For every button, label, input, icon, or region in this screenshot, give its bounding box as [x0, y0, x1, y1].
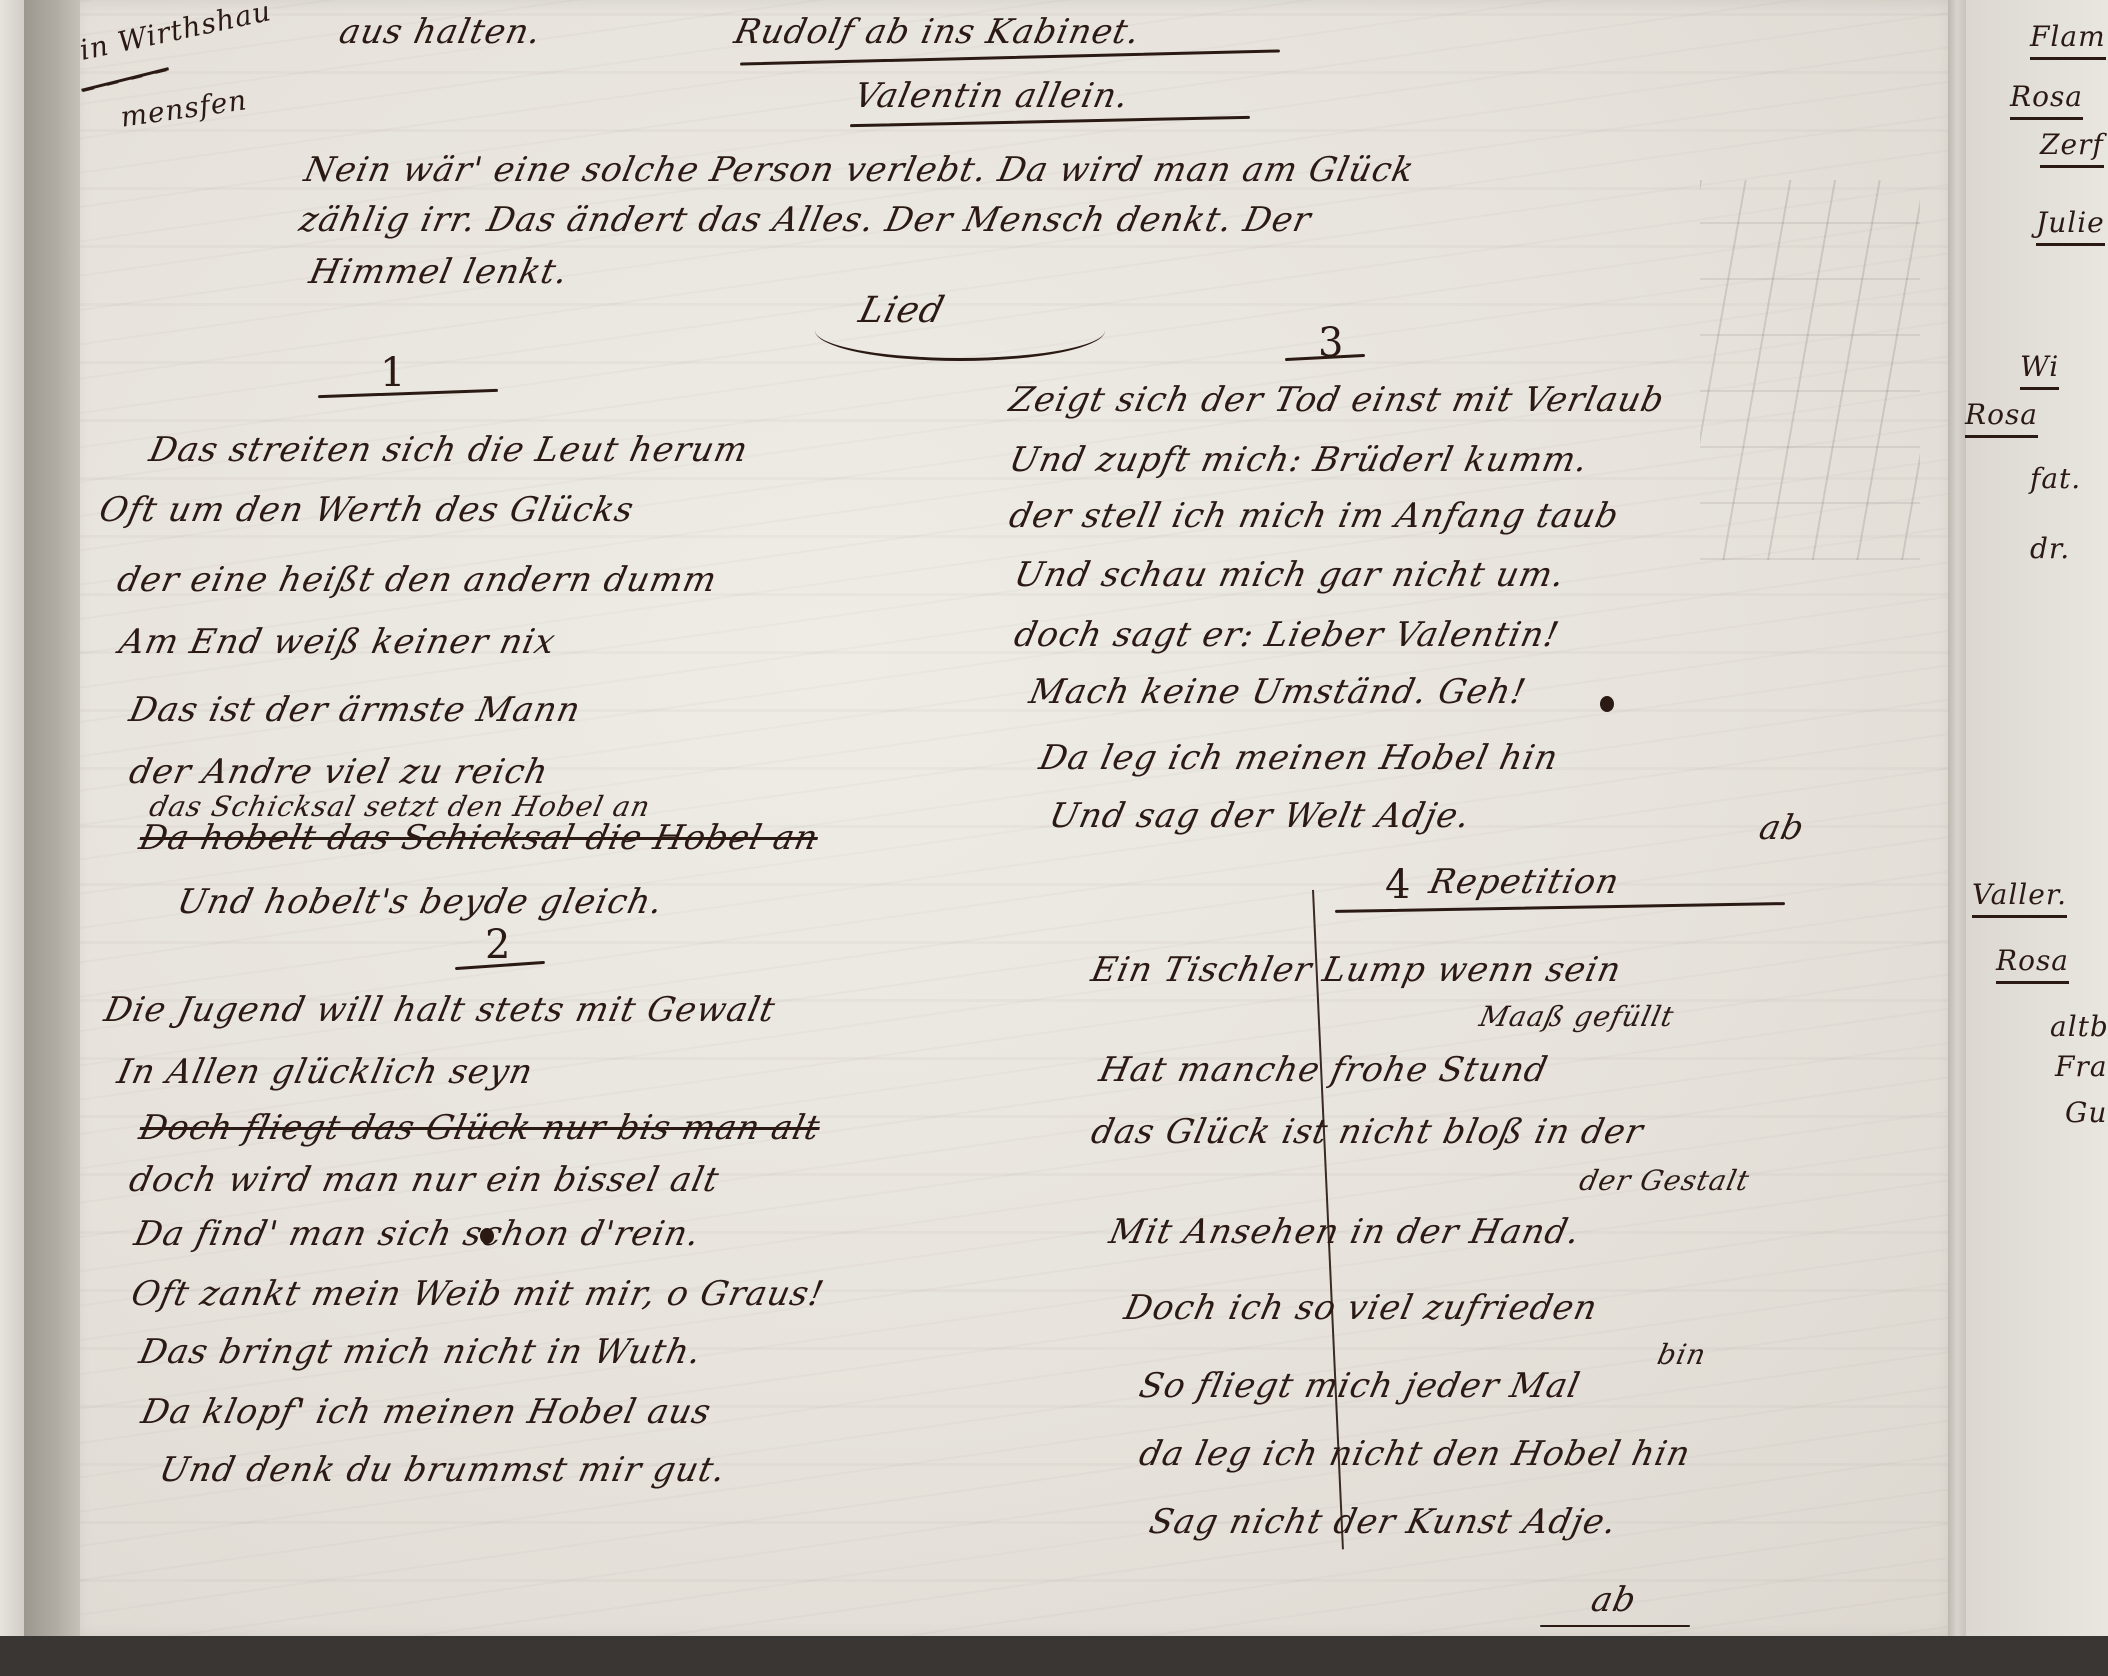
facing-name: Gu — [2065, 1096, 2107, 1129]
facing-name: Julie — [2036, 206, 2105, 246]
facing-name: Wi — [2020, 350, 2059, 390]
stanza-line: Mit Ansehen in der Hand. — [1106, 1212, 1584, 1252]
prose-line: Nein wär' eine solche Person verlebt. Da… — [301, 150, 1418, 190]
ink-blot — [480, 1228, 494, 1244]
speaker-name: Valentin allein. — [851, 76, 1133, 116]
facing-page — [1966, 0, 2108, 1640]
exit-mark: ab — [1756, 808, 1809, 848]
stanza-line: Und denk du brummst mir gut. — [156, 1450, 730, 1490]
stanza-line: Sag nicht der Kunst Adje. — [1146, 1502, 1621, 1542]
stanza-line: Hat manche frohe Stund — [1096, 1050, 1552, 1090]
stanza-line: Am End weiß keiner nix — [116, 622, 560, 662]
closing-rule — [1540, 1625, 1690, 1627]
book-gutter — [1948, 0, 1966, 1676]
exit-mark: ab — [1588, 1580, 1641, 1620]
stanza-line-struck: Da hobelt das Schicksal die Hobel an — [136, 818, 822, 858]
stanza-line-insertion: der Gestalt — [1576, 1164, 1752, 1197]
stanza-line: Oft zankt mein Weib mit mir, o Graus! — [128, 1274, 828, 1314]
stanza-line: Und zupft mich: Brüderl kumm. — [1006, 440, 1592, 480]
stanza-line: das Glück ist nicht bloß in der — [1088, 1112, 1648, 1152]
stanza-number: 2 — [485, 922, 511, 968]
stanza-title: Repetition — [1426, 862, 1624, 902]
stanza-line: In Allen glücklich seyn — [114, 1052, 537, 1092]
facing-name: Rosa — [1996, 944, 2069, 984]
stanza-line: Das bringt mich nicht in Wuth. — [136, 1332, 706, 1372]
stanza-line: doch wird man nur ein bissel alt — [126, 1160, 723, 1200]
facing-name: dr. — [2030, 532, 2070, 565]
stanza-line: Da find' man sich schon d'rein. — [131, 1214, 704, 1254]
stanza-line: Oft um den Werth des Glücks — [96, 490, 638, 530]
stanza-line: Zeigt sich der Tod einst mit Verlaub — [1006, 380, 1668, 420]
prose-line: zählig irr. Das ändert das Alles. Der Me… — [296, 200, 1315, 240]
stanza-number: 1 — [380, 350, 406, 396]
stanza-line: doch sagt er: Lieber Valentin! — [1011, 615, 1563, 655]
facing-name: altb — [2050, 1010, 2108, 1043]
prose-line: Himmel lenkt. — [306, 252, 572, 292]
stanza-line-insertion: bin — [1654, 1338, 1709, 1371]
stanza-line: So fliegt mich jeder Mal — [1136, 1366, 1584, 1406]
stanza-line: Und hobelt's beyde gleich. — [174, 882, 667, 922]
ink-blot — [1600, 696, 1614, 712]
stanza-line: Da klopf' ich meinen Hobel aus — [138, 1392, 715, 1432]
stanza-line: Da leg ich meinen Hobel hin — [1036, 738, 1562, 778]
stage-direction: Rudolf ab ins Kabinet. — [731, 12, 1144, 52]
stanza-line: Die Jugend will halt stets mit Gewalt — [101, 990, 779, 1030]
previous-line-end: aus halten. — [336, 12, 545, 52]
stanza-line: da leg ich nicht den Hobel hin — [1136, 1434, 1695, 1474]
stanza-line: Mach keine Umständ. Geh! — [1026, 672, 1530, 712]
title-flourish — [815, 300, 1105, 361]
stanza-line-insertion: Maaß gefüllt — [1476, 1000, 1677, 1033]
stanza-line: Ein Tischler Lump wenn sein — [1088, 950, 1625, 990]
facing-name: Fra — [2055, 1050, 2108, 1083]
stanza-line: Das ist der ärmste Mann — [126, 690, 585, 730]
facing-name: Rosa — [2010, 80, 2083, 120]
stanza-line-struck: Doch fliegt das Glück nur bis man alt — [136, 1108, 824, 1148]
bleed-through-sketch — [1700, 180, 1920, 560]
facing-name: Flam — [2030, 20, 2106, 60]
stanza-line: der Andre viel zu reich — [126, 752, 553, 792]
facing-name: fat. — [2030, 462, 2081, 495]
stanza-line: Doch ich so viel zufrieden — [1121, 1288, 1602, 1328]
stanza-line: Und sag der Welt Adje. — [1046, 796, 1474, 836]
stanza-line: der eine heißt den andern dumm — [114, 560, 721, 600]
stanza-line: der stell ich mich im Anfang taub — [1006, 496, 1623, 536]
bottom-edge — [0, 1636, 2108, 1676]
binding-shadow — [24, 0, 82, 1640]
stanza-line: Das streiten sich die Leut herum — [146, 430, 752, 470]
facing-name: Valler. — [1972, 878, 2067, 918]
stanza-number: 4 — [1385, 862, 1411, 908]
facing-name: Zerf — [2040, 128, 2104, 168]
facing-name: Rosa — [1965, 398, 2038, 438]
stanza-line: Und schau mich gar nicht um. — [1011, 555, 1569, 595]
